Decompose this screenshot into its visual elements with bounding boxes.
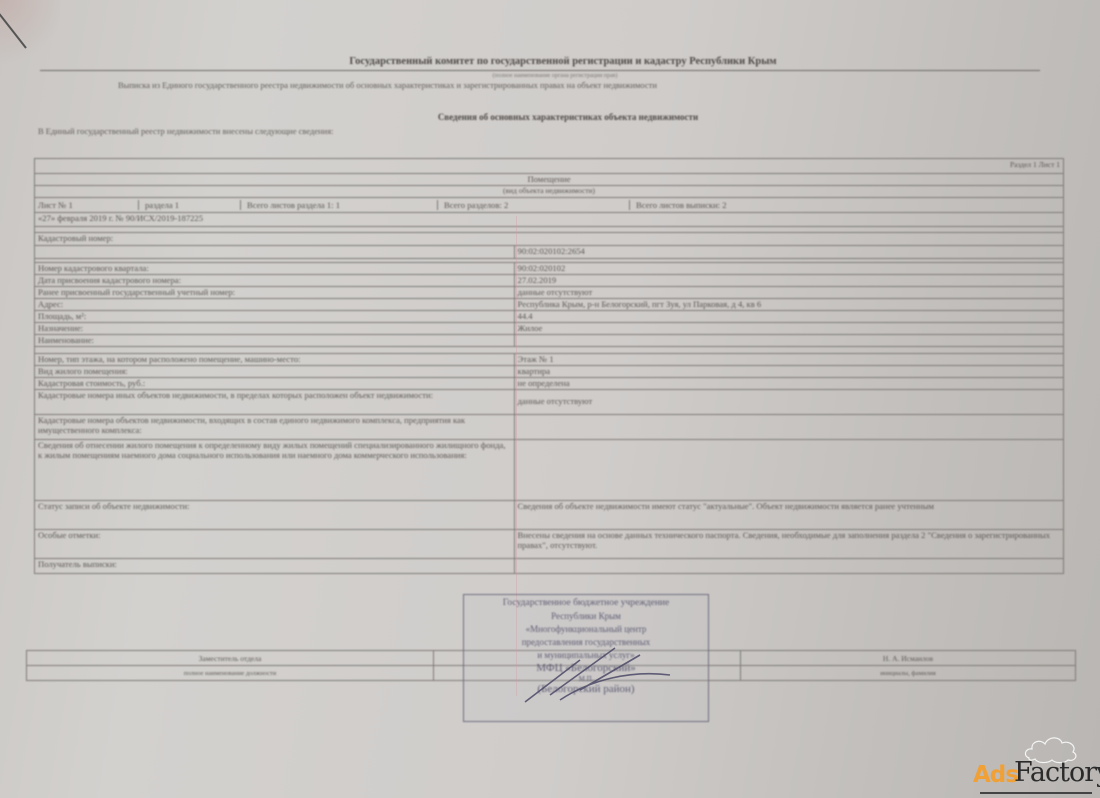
row-value: данные отсутствуют (514, 390, 1063, 415)
row-value: Сведения об объекте недвижимости имеют с… (514, 501, 1063, 530)
photo-corner-shadow (0, 0, 60, 70)
row-value: квартира (514, 366, 1063, 378)
row-value: Внесены сведения на основе данных технич… (514, 530, 1063, 559)
row-label: Сведения об отнесении жилого помещения к… (35, 440, 515, 501)
signer-position: Заместитель отдела (27, 651, 434, 666)
row-value: Республика Крым, р-н Белогорский, пгт Зу… (514, 299, 1063, 311)
table-row: Сведения об отнесении жилого помещения к… (35, 440, 1064, 501)
razdel-label: Раздел 1 Лист 1 (1010, 160, 1060, 169)
row-value: Жилое (514, 323, 1063, 335)
watermark-factory: Factory (1014, 757, 1100, 788)
row-label: Вид жилого помещения: (35, 366, 515, 378)
row-label: Адрес: (35, 299, 515, 311)
stamp-line-3: «Многофункциональный центр (464, 623, 708, 636)
table-row: Площадь, м²:44.4 (35, 311, 1064, 323)
sheets-total: Всего листов выписки: 2 (630, 200, 727, 210)
object-type-row: Помещение (35, 174, 1064, 186)
row-label: Кадастровая стоимость, руб.: (35, 378, 515, 390)
row-label: Ранее присвоенный государственный учетны… (35, 287, 515, 299)
header-rule (40, 70, 1040, 71)
watermark-underline (980, 792, 1092, 794)
row-label: Дата присвоения кадастрового номера: (35, 275, 515, 287)
row-value: не определена (514, 378, 1063, 390)
row-value: 27.02.2019 (514, 275, 1063, 287)
table-row: Кадастровые номера объектов недвижимости… (35, 415, 1064, 440)
table-row: Вид жилого помещения:квартира (35, 366, 1064, 378)
row-label: Номер, тип этажа, на котором расположено… (35, 354, 515, 366)
signer-position-note: полное наименование должности (27, 666, 434, 681)
sheet-section: раздела 1 (139, 200, 241, 210)
razdel-row: Раздел 1 Лист 1 (35, 159, 1064, 174)
sheet-number: Лист № 1 (35, 200, 139, 210)
sheets-in-section: Всего листов раздела 1: 1 (241, 200, 438, 210)
section-title: Сведения об основных характеристиках объ… (358, 112, 778, 122)
row-label: Статус записи об объекте недвижимости: (35, 501, 515, 530)
object-type-note: (вид объекта недвижимости) (35, 186, 1064, 198)
extract-title: Выписка из Единого государственного реес… (118, 80, 998, 90)
adsfactory-watermark: Ads Factory (968, 740, 1098, 795)
sheet-info-row: Лист № 1 раздела 1 Всего листов раздела … (35, 198, 1064, 213)
table-row: Номер, тип этажа, на котором расположено… (35, 354, 1064, 366)
table-row: Назначение:Жилое (35, 323, 1064, 335)
sections-total: Всего разделов: 2 (438, 200, 630, 210)
agency-name: Государственный комитет по государственн… (283, 56, 843, 67)
stamp-line-2: Республики Крым (464, 610, 708, 623)
row-label: Кадастровые номера иных объектов недвижи… (35, 390, 515, 415)
row-label: Кадастровые номера объектов недвижимости… (35, 415, 515, 440)
cadastral-number-value: 90:02:020102:2654 (514, 246, 1063, 259)
row-value (514, 440, 1063, 501)
object-type-note-row: (вид объекта недвижимости) (35, 186, 1064, 198)
signer-name: Н. А. Исмаилов (741, 651, 1076, 666)
row-value: 90:02:020102 (514, 263, 1063, 275)
table-row: Кадастровые номера иных объектов недвижи… (35, 390, 1064, 415)
row-value: 44.4 (514, 311, 1063, 323)
row-value (514, 415, 1063, 440)
date-number: «27» февраля 2019 г. № 90/ИСХ/2019-18722… (35, 213, 1064, 227)
object-type: Помещение (35, 174, 1064, 186)
row-value (514, 335, 1063, 347)
row-value: Этаж № 1 (514, 354, 1063, 366)
row-label: Назначение: (35, 323, 515, 335)
row-label: Наименование: (35, 335, 515, 347)
row-value: данные отсутствуют (514, 287, 1063, 299)
spacer-row-3 (35, 347, 1064, 354)
row-label: Особые отметки: (35, 530, 515, 559)
signer-name-note: инициалы, фамилия (741, 666, 1076, 681)
table-row: Ранее присвоенный государственный учетны… (35, 287, 1064, 299)
table-row: Статус записи об объекте недвижимости:Св… (35, 501, 1064, 530)
table-row: Номер кадастрового квартала:90:02:020102 (35, 263, 1064, 275)
intro-text: В Единый государственный реестр недвижим… (38, 126, 638, 136)
table-row: Адрес:Республика Крым, р-н Белогорский, … (35, 299, 1064, 311)
row-value (514, 559, 1063, 574)
stamp-line-1: Государственное бюджетное учреждение (464, 597, 708, 610)
table-row: Наименование: (35, 335, 1064, 347)
date-number-row: «27» февраля 2019 г. № 90/ИСХ/2019-18722… (35, 213, 1064, 227)
cadastral-number-label: Кадастровый номер: (35, 233, 1064, 246)
table-row: Особые отметки:Внесены сведения на основ… (35, 530, 1064, 559)
row-label: Номер кадастрового квартала: (35, 263, 515, 275)
extract-table: Раздел 1 Лист 1 Помещение (вид объекта н… (34, 158, 1064, 574)
handwritten-signature (520, 640, 690, 710)
table-row: Кадастровая стоимость, руб.:не определен… (35, 378, 1064, 390)
table-row: Получатель выписки: (35, 559, 1064, 574)
cadastral-value-row: 90:02:020102:2654 (35, 246, 1064, 259)
row-label: Площадь, м²: (35, 311, 515, 323)
row-label: Получатель выписки: (35, 559, 515, 574)
agency-note: (полное наименование органа регистрации … (430, 73, 680, 79)
table-row: Дата присвоения кадастрового номера:27.0… (35, 275, 1064, 287)
watermark-ads: Ads (973, 762, 1018, 788)
cadastral-label-row: Кадастровый номер: (35, 233, 1064, 246)
